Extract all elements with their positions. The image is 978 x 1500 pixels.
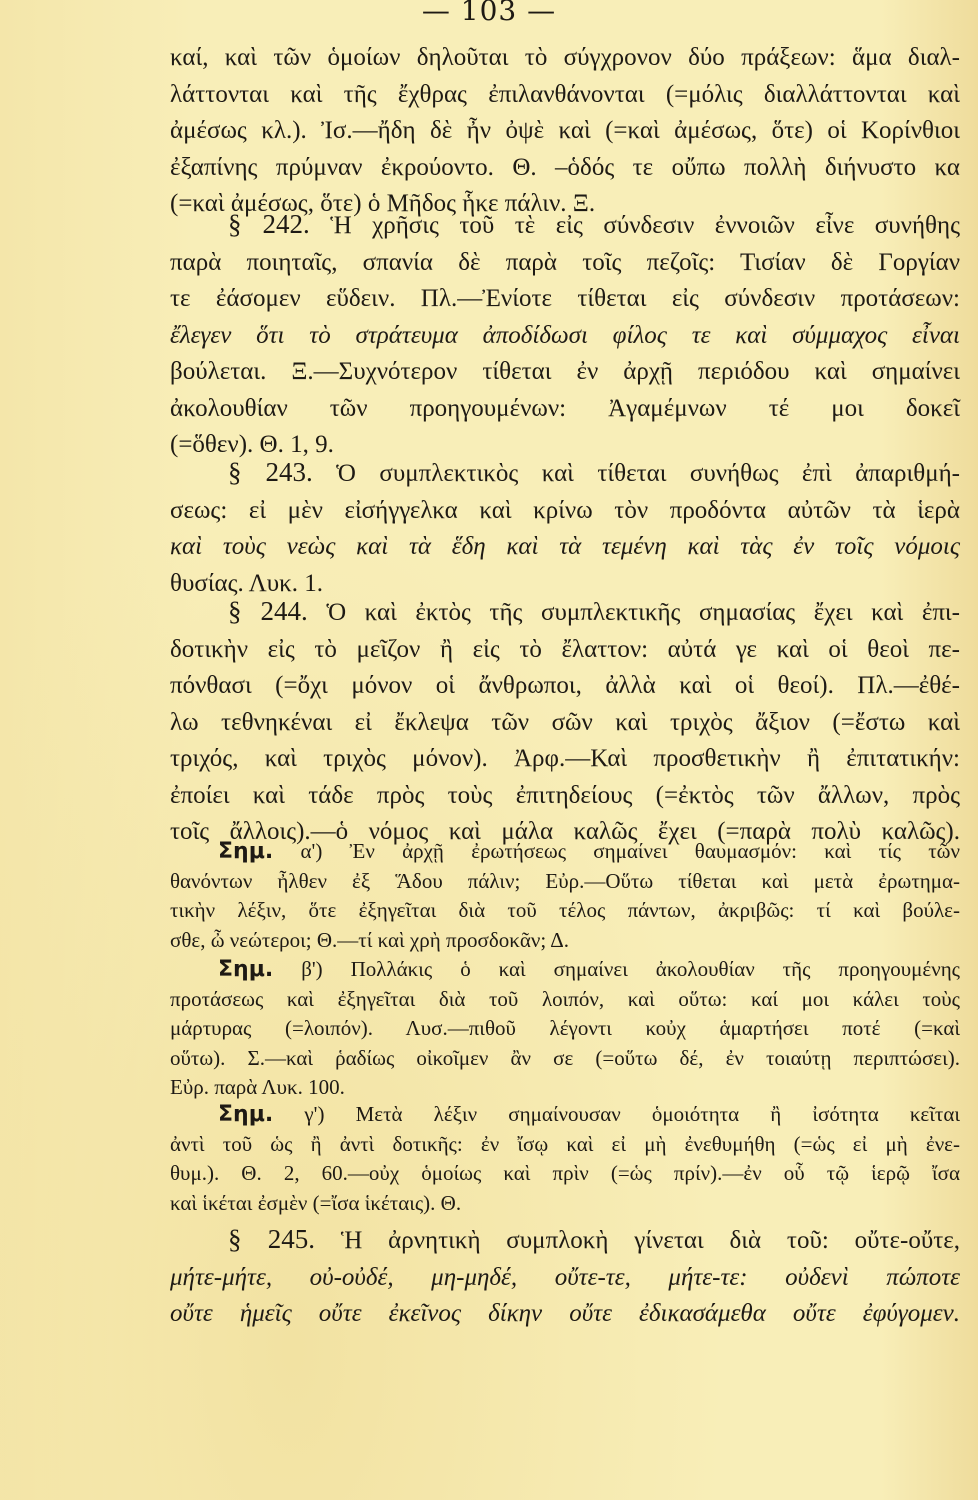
text-line: τικὴν λέξιν, ὅτε ἐξηγεῖται διὰ τοῦ τέλος… [170, 896, 960, 926]
note-b: Σημ. β') Πολλάκις ὁ καὶ σημαίνει ἀκολουθ… [170, 955, 960, 1103]
section-heading-line: § 244. Ὁ καὶ ἐκτὸς τῆς συμπλεκτικῆς σημα… [170, 593, 960, 632]
note-c: Σημ. γ') Μετὰ λέξιν σημαίνουσαν ὁμοιότητ… [170, 1100, 960, 1218]
section-number: § 244. [228, 596, 308, 626]
text-line: δοτικὴν εἰς τὸ μεῖζον ἢ εἰς τὸ ἔλαττον: … [170, 632, 960, 669]
section-heading-line: § 245. Ἡ ἀρνητικὴ συμπλοκὴ γίνεται διὰ τ… [170, 1221, 960, 1260]
note-a: Σημ. α') Ἐν ἀρχῇ ἐρωτήσεως σημαίνει θαυμ… [170, 837, 960, 955]
text-line: προτάσεως καὶ ἐξηγεῖται διὰ τοῦ λοιπόν, … [170, 985, 960, 1015]
page-number: — 103 — [0, 0, 978, 27]
section-number: § 242. [228, 209, 310, 239]
text-line: μήτε-μήτε, οὐ-οὐδέ, μη-μηδέ, οὔτε-τε, μή… [170, 1260, 960, 1297]
text-line: καὶ τοὺς νεὼς καὶ τὰ ἕδη καὶ τὰ τεμένη κ… [170, 529, 960, 566]
text-line: μάρτυρας (=λοιπόν). Λυσ.—πιθοῦ λέγοντι κ… [170, 1014, 960, 1044]
section-number: § 245. [228, 1224, 315, 1254]
text-line: παρὰ ποιηταῖς, σπανία δὲ παρὰ τοῖς πεζοῖ… [170, 245, 960, 282]
text-line: σθε, ὦ νεώτεροι; Θ.—τί καὶ χρὴ προσδοκᾶν… [170, 926, 960, 956]
text-line: Εὐρ. παρὰ Λυκ. 100. [170, 1073, 960, 1103]
text-line: θανόντων ἦλθεν ἐξ Ἅδου πάλιν; Εὐρ.—Οὕτω … [170, 867, 960, 897]
note-label: Σημ. [218, 957, 273, 982]
text-line: Ὁ καὶ ἐκτὸς τῆς συμπλεκτικῆς σημασίας ἔχ… [326, 599, 960, 626]
text-line: β') Πολλάκις ὁ καὶ σημαίνει ἀκολουθίαν τ… [301, 957, 960, 981]
note-heading-line: Σημ. α') Ἐν ἀρχῇ ἐρωτήσεως σημαίνει θαυμ… [170, 837, 960, 867]
paragraph-continuation: καί, καὶ τῶν ὁμοίων δηλοῦται τὸ σύγχρονο… [170, 40, 960, 223]
text-line: Ἡ ἀρνητικὴ συμπλοκὴ γίνεται διὰ τοῦ: οὔτ… [341, 1227, 960, 1254]
text-line: λάττονται καὶ τῆς ἔχθρας ἐπιλανθάνονται … [170, 77, 960, 114]
text-line: α') Ἐν ἀρχῇ ἐρωτήσεως σημαίνει θαυμασμόν… [301, 839, 960, 863]
note-label: Σημ. [218, 839, 273, 864]
section-245: § 245. Ἡ ἀρνητικὴ συμπλοκὴ γίνεται διὰ τ… [170, 1221, 960, 1333]
text-line: γ') Μετὰ λέξιν σημαίνουσαν ὁμοιότητα ἢ ἰ… [304, 1102, 960, 1126]
text-line: καὶ ἱκέται ἐσμὲν (=ἴσα ἱκέταις). Θ. [170, 1189, 960, 1219]
text-line: Ὁ συμπλεκτικὸς καὶ τίθεται συνήθως ἐπὶ ἀ… [336, 460, 960, 487]
note-heading-line: Σημ. γ') Μετὰ λέξιν σημαίνουσαν ὁμοιότητ… [170, 1100, 960, 1130]
text-line: ἀμέσως κλ.). Ἰσ.—ἤδη δὲ ἦν ὀψὲ καὶ (=καὶ… [170, 113, 960, 150]
text-line: πόνθασι (=ὄχι μόνον οἱ ἄνθρωποι, ἀλλὰ κα… [170, 668, 960, 705]
text-line: τε ἐάσομεν εὕδειν. Πλ.—Ἐνίοτε τίθεται εἰ… [170, 281, 960, 318]
text-line: ἀκολουθίαν τῶν προηγουμένων: Ἀγαμέμνων τ… [170, 391, 960, 428]
text-line: θυμ.). Θ. 2, 60.—οὐχ ὁμοίως καὶ πρὶν (=ὡ… [170, 1159, 960, 1189]
text-line: ἀντὶ τοῦ ὡς ἢ ἀντὶ δοτικῆς: ἐν ἴσῳ καὶ ε… [170, 1130, 960, 1160]
section-243: § 243. Ὁ συμπλεκτικὸς καὶ τίθεται συνήθω… [170, 454, 960, 602]
text-line: οὔτε ἡμεῖς οὔτε ἐκεῖνος δίκην οὔτε ἐδικα… [170, 1296, 960, 1333]
section-heading-line: § 243. Ὁ συμπλεκτικὸς καὶ τίθεται συνήθω… [170, 454, 960, 493]
text-line: ἐποίει καὶ τάδε πρὸς τοὺς ἐπιτηδείους (=… [170, 778, 960, 815]
section-heading-line: § 242. Ἡ χρῆσις τοῦ τὲ εἰς σύνδεσιν ἐννο… [170, 206, 960, 245]
text-line: ἐξαπίνης πρύμναν ἐκρούοντο. Θ. –ὁδός τε … [170, 150, 960, 187]
text-line: σεως: εἰ μὲν εἰσήγγελκα καὶ κρίνω τὸν πρ… [170, 493, 960, 530]
section-242: § 242. Ἡ χρῆσις τοῦ τὲ εἰς σύνδεσιν ἐννο… [170, 206, 960, 464]
text-line: οὕτω). Σ.—καὶ ῥαδίως οἰκοῖμεν ἂν σε (=οὕ… [170, 1044, 960, 1074]
text-line: ἔλεγεν ὅτι τὸ στράτευμα ἀποδίδωσι φίλος … [170, 318, 960, 355]
text-line: λω τεθνηκέναι εἰ ἔκλεψα τῶν σῶν καὶ τριχ… [170, 705, 960, 742]
section-number: § 243. [228, 457, 313, 487]
note-heading-line: Σημ. β') Πολλάκις ὁ καὶ σημαίνει ἀκολουθ… [170, 955, 960, 985]
text-line: Ἡ χρῆσις τοῦ τὲ εἰς σύνδεσιν ἐννοιῶν εἶν… [330, 212, 960, 239]
text-line: καί, καὶ τῶν ὁμοίων δηλοῦται τὸ σύγχρονο… [170, 40, 960, 77]
text-line: τριχός, καὶ τριχὸς μόνον). Ἀρφ.—Καὶ προσ… [170, 741, 960, 778]
section-244: § 244. Ὁ καὶ ἐκτὸς τῆς συμπλεκτικῆς σημα… [170, 593, 960, 851]
note-label: Σημ. [218, 1102, 273, 1127]
text-line: βούλεται. Ξ.—Συχνότερον τίθεται ἐν ἀρχῇ … [170, 354, 960, 391]
